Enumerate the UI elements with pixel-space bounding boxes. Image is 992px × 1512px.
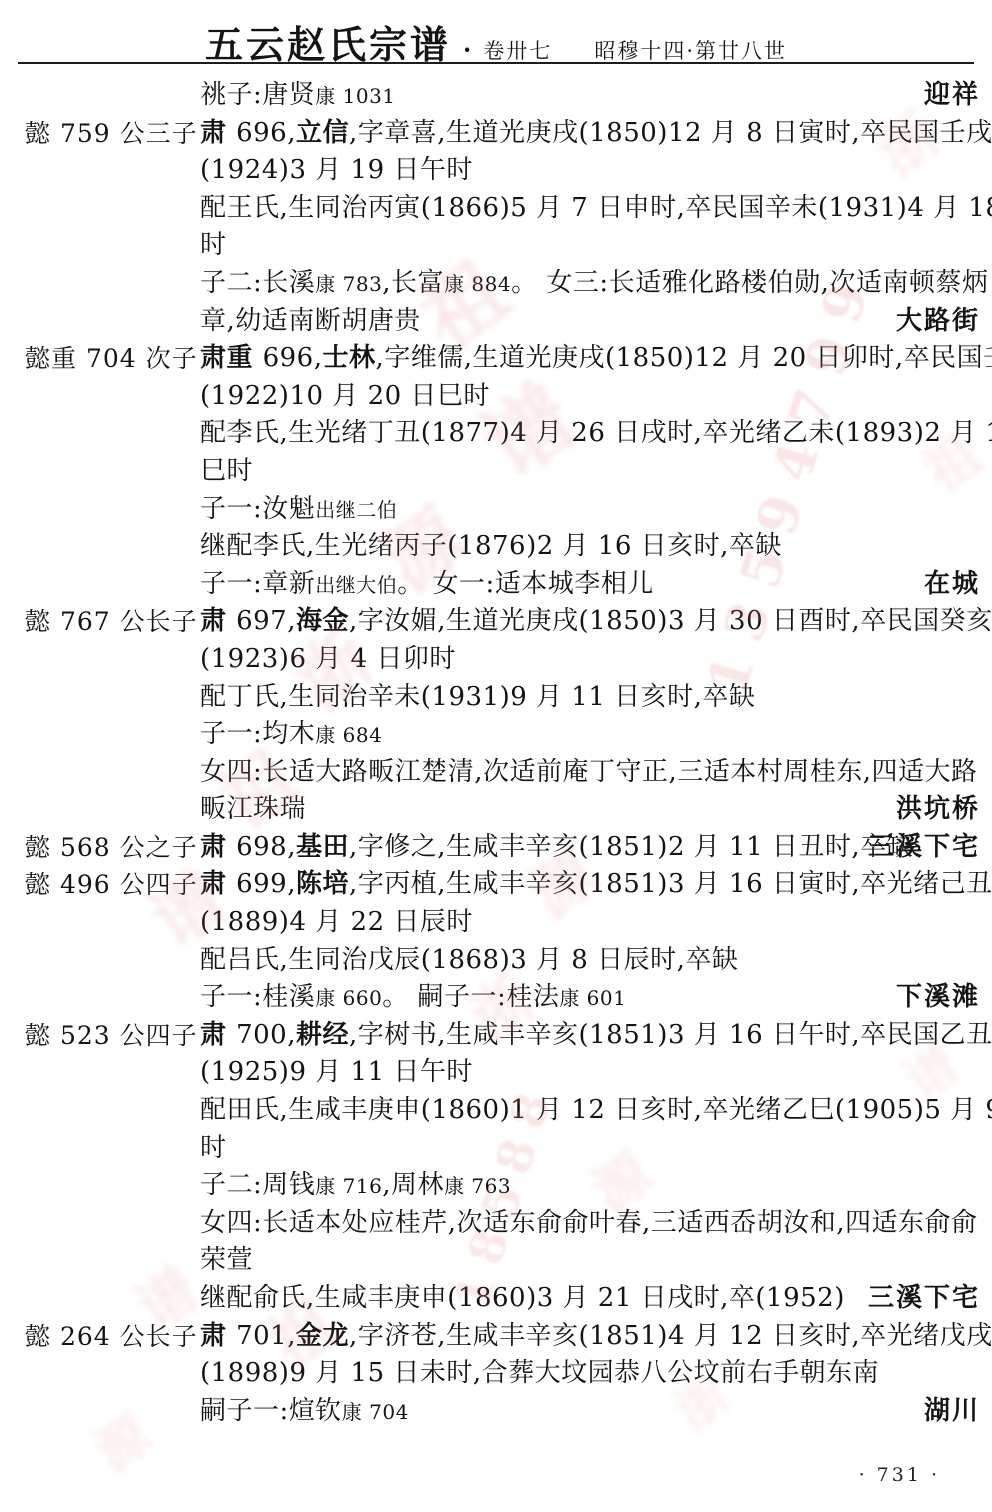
- entry-text: 肃 697,海金,字汝媚,生道光庚戌(1850)3 月 30 日酉时,卒民国癸亥: [200, 603, 992, 641]
- entry-text: 肃 701,金龙,字济苍,生咸丰辛亥(1851)4 月 12 日亥时,卒光绪戊戌: [200, 1318, 992, 1356]
- entry-text-segment: 时: [200, 230, 227, 260]
- entry-text-segment: 时: [200, 1133, 227, 1163]
- entry-text: 女四:长适大路畈江楚清,次适前庵丁守正,三适本村周桂东,四适大路: [200, 754, 978, 792]
- generation-label: 懿 264 公长子: [25, 1318, 198, 1356]
- entry-text: 配吕氏,生同治戊辰(1868)3 月 8 日辰时,卒缺: [200, 942, 738, 980]
- entry-text-segment: 696,: [263, 343, 323, 373]
- person-name: 陈培: [296, 869, 349, 899]
- entry-text-segment: 。 嗣子一:桂法: [382, 982, 559, 1012]
- genealogy-line: 懿 264 公长子肃 701,金龙,字济苍,生咸丰辛亥(1851)4 月 12 …: [0, 1318, 992, 1356]
- entry-text-segment: 配丁氏,生同治辛未(1931)9 月 11 日亥时,卒缺: [200, 682, 755, 712]
- entry-text-segment: ,字修之,生咸丰辛亥(1851)2 月 11 日丑时,卒缺: [349, 832, 913, 862]
- entry-text: 肃 699,陈培,字丙植,生咸丰辛亥(1851)3 月 16 日寅时,卒光绪己丑: [200, 866, 992, 904]
- entry-text-segment: 696,: [236, 118, 296, 148]
- entry-text-segment: 章,幼适南断胡唐贵: [200, 306, 421, 336]
- genealogy-line: 配丁氏,生同治辛未(1931)9 月 11 日亥时,卒缺: [0, 679, 992, 717]
- entry-text-segment: 。 女一:适本城李相儿: [397, 569, 654, 599]
- entry-text-segment: 子一:汝魁: [200, 494, 315, 524]
- entry-text: 肃 696,立信,字章喜,生道光庚戌(1850)12 月 8 日寅时,卒民国壬戌: [200, 115, 992, 153]
- entry-text: 子一:桂溪康 660。 嗣子一:桂法康 601: [200, 979, 626, 1018]
- genealogy-line: 时: [0, 227, 992, 265]
- entry-text: (1889)4 月 22 日辰时: [200, 904, 473, 942]
- entry-text: 祧子:唐贤康 1031: [200, 77, 396, 116]
- genealogy-line: 女四:长适本处应桂芹,次适东俞俞叶春,三适西岙胡汝和,四适东俞俞: [0, 1205, 992, 1243]
- entry-text-segment: 巳时: [200, 456, 253, 486]
- entry-text: (1922)10 月 20 日巳时: [200, 378, 490, 416]
- entry-text: 配王氏,生同治丙寅(1866)5 月 7 日申时,卒民国辛未(1931)4 月 …: [200, 190, 992, 228]
- generation-section-label: 昭穆十四·第廿八世: [594, 35, 787, 65]
- residence-label: 湖川: [924, 1393, 980, 1431]
- genealogy-line: 懿 767 公长子肃 697,海金,字汝媚,生道光庚戌(1850)3 月 30 …: [0, 603, 992, 641]
- entry-text-segment: 697,: [236, 606, 296, 636]
- entry-text: 继配俞氏,生咸丰庚申(1860)3 月 21 日戌时,卒(1952): [200, 1280, 845, 1318]
- genealogy-line: 继配李氏,生光绪丙子(1876)2 月 16 日亥时,卒缺: [0, 528, 992, 566]
- entry-text: 肃重 696,士林,字维儒,生道光庚戌(1850)12 月 20 日卯时,卒民国…: [200, 340, 992, 378]
- residence-label: 下溪滩: [896, 979, 980, 1017]
- entry-text-segment: ,字济苍,生咸丰辛亥(1851)4 月 12 日亥时,卒光绪戊戌: [349, 1321, 992, 1351]
- generation-label: 懿 767 公长子: [25, 603, 198, 641]
- entry-text-segment: (1925)9 月 11 日午时: [200, 1057, 473, 1087]
- genealogy-line: 祧子:唐贤康 1031迎祥: [0, 77, 992, 115]
- entry-text-segment: 配田氏,生咸丰庚申(1860)1 月 12 日亥时,卒光绪乙巳(1905)5 月…: [200, 1095, 992, 1125]
- genealogy-line: 懿 759 公三子肃 696,立信,字章喜,生道光庚戌(1850)12 月 8 …: [0, 115, 992, 153]
- entry-text-segment: 荣萱: [200, 1245, 253, 1275]
- entry-text-segment: 继配俞氏,生咸丰庚申(1860)3 月 21 日戌时,卒(1952): [200, 1283, 845, 1313]
- residence-label: 在城: [924, 566, 980, 604]
- genealogy-line: (1889)4 月 22 日辰时: [0, 904, 992, 942]
- entry-text: (1923)6 月 4 日卯时: [200, 641, 456, 679]
- genealogy-line: 子二:周钱康 716,周林康 763: [0, 1167, 992, 1205]
- genealogy-line: 子二:长溪康 783,长富康 884。 女三:长适雅化路楼伯勋,次适南顿蔡炳: [0, 265, 992, 303]
- entry-text: (1924)3 月 19 日午时: [200, 152, 473, 190]
- person-name: 肃: [200, 1321, 236, 1351]
- entry-text-segment: ,字丙植,生咸丰辛亥(1851)3 月 16 日寅时,卒光绪己丑: [349, 869, 992, 899]
- genealogy-line: 配田氏,生咸丰庚申(1860)1 月 12 日亥时,卒光绪乙巳(1905)5 月…: [0, 1092, 992, 1130]
- genealogy-line: 子一:桂溪康 660。 嗣子一:桂法康 601下溪滩: [0, 979, 992, 1017]
- genealogy-line: (1923)6 月 4 日卯时: [0, 641, 992, 679]
- genealogy-line: (1924)3 月 19 日午时: [0, 152, 992, 190]
- entry-text: 巳时: [200, 453, 253, 491]
- entry-text-segment: 698,: [236, 832, 296, 862]
- entry-text-segment: 701,: [236, 1321, 296, 1351]
- person-name: 海金: [296, 606, 349, 636]
- entry-text-segment: 699,: [236, 869, 296, 899]
- entry-rows: 祧子:唐贤康 1031迎祥懿 759 公三子肃 696,立信,字章喜,生道光庚戌…: [0, 77, 992, 1430]
- entry-text-segment: 康 1031: [315, 84, 395, 108]
- genealogy-line: 配吕氏,生同治戊辰(1868)3 月 8 日辰时,卒缺: [0, 942, 992, 980]
- entry-text: 子二:长溪康 783,长富康 884。 女三:长适雅化路楼伯勋,次适南顿蔡炳: [200, 265, 988, 304]
- genealogy-line: 畈江珠瑞洪坑桥: [0, 791, 992, 829]
- genealogy-line: 荣萱: [0, 1242, 992, 1280]
- entry-text-segment: ,字章喜,生道光庚戌(1850)12 月 8 日寅时,卒民国壬戌: [349, 118, 992, 148]
- entry-text-segment: 子二:周钱: [200, 1170, 315, 1200]
- genealogy-line: 配王氏,生同治丙寅(1866)5 月 7 日申时,卒民国辛未(1931)4 月 …: [0, 190, 992, 228]
- entry-text-segment: 出继二伯: [315, 498, 397, 522]
- entry-text-segment: 子一:章新: [200, 569, 315, 599]
- entry-text: 女四:长适本处应桂芹,次适东俞俞叶春,三适西岙胡汝和,四适东俞俞: [200, 1205, 978, 1243]
- book-title: 五云赵氏宗谱: [205, 14, 451, 69]
- volume-label: 卷卅七: [483, 35, 552, 65]
- genealogy-page: 五云赵氏宗谱 · 卷卅七 昭穆十四·第廿八世 祧子:唐贤康 1031迎祥懿 75…: [0, 0, 992, 1512]
- entry-text: 子一:章新出继大伯。 女一:适本城李相儿: [200, 566, 654, 605]
- entry-text-segment: 子一:均木: [200, 719, 315, 749]
- title-separator-dot: ·: [463, 35, 471, 64]
- person-name: 肃: [200, 869, 236, 899]
- person-name: 立信: [296, 118, 349, 148]
- genealogy-line: 章,幼适南断胡唐贵大路街: [0, 303, 992, 341]
- entry-text: 畈江珠瑞: [200, 791, 306, 829]
- entry-text-segment: 配李氏,生光绪丁丑(1877)4 月 26 日戌时,卒光绪乙未(1893)2 月…: [200, 418, 992, 448]
- genealogy-line: 懿 496 公四子肃 699,陈培,字丙植,生咸丰辛亥(1851)3 月 16 …: [0, 866, 992, 904]
- page-header: 五云赵氏宗谱 · 卷卅七 昭穆十四·第廿八世: [0, 14, 992, 69]
- person-name: 金龙: [296, 1321, 349, 1351]
- page-number: · 731 ·: [859, 1464, 940, 1486]
- entry-text: 子二:周钱康 716,周林康 763: [200, 1167, 511, 1206]
- residence-label: 洪坑桥: [896, 791, 980, 829]
- residence-label: 三溪下宅: [868, 1280, 980, 1318]
- entry-text: (1925)9 月 11 日午时: [200, 1054, 473, 1092]
- person-name: 基田: [296, 832, 349, 862]
- entry-text: 子一:汝魁出继二伯: [200, 491, 397, 530]
- generation-label: 懿 759 公三子: [25, 115, 198, 153]
- person-name: 肃: [200, 118, 236, 148]
- entry-text-segment: 嗣子一:煊钦: [200, 1396, 342, 1426]
- entry-text-segment: 康 684: [315, 723, 382, 747]
- entry-text: 嗣子一:煊钦康 704: [200, 1393, 409, 1432]
- genealogy-line: 时: [0, 1130, 992, 1168]
- entry-text-segment: 祧子:唐贤: [200, 80, 315, 110]
- entry-text-segment: 子二:长溪: [200, 268, 315, 298]
- genealogy-line: 嗣子一:煊钦康 704湖川: [0, 1393, 992, 1431]
- entry-text-segment: 配吕氏,生同治戊辰(1868)3 月 8 日辰时,卒缺: [200, 945, 738, 975]
- entry-text-segment: 女四:长适大路畈江楚清,次适前庵丁守正,三适本村周桂东,四适大路: [200, 757, 978, 787]
- entry-text: 时: [200, 227, 227, 265]
- person-name: 肃: [200, 832, 236, 862]
- person-name: 肃: [200, 1020, 236, 1050]
- genealogy-line: 子一:章新出继大伯。 女一:适本城李相儿在城: [0, 566, 992, 604]
- entry-text: 继配李氏,生光绪丙子(1876)2 月 16 日亥时,卒缺: [200, 528, 782, 566]
- entry-text-segment: ,字树书,生咸丰辛亥(1851)3 月 16 日午时,卒民国乙丑: [349, 1020, 992, 1050]
- entry-text-segment: 康 601: [559, 986, 626, 1010]
- entry-text-segment: 康 716: [315, 1174, 382, 1198]
- person-name: 耕经: [296, 1020, 349, 1050]
- entry-text: 配李氏,生光绪丁丑(1877)4 月 26 日戌时,卒光绪乙未(1893)2 月…: [200, 415, 992, 453]
- entry-text-segment: 康 660: [315, 986, 382, 1010]
- entry-text-segment: ,字汝媚,生道光庚戌(1850)3 月 30 日酉时,卒民国癸亥: [349, 606, 992, 636]
- entry-text: 配田氏,生咸丰庚申(1860)1 月 12 日亥时,卒光绪乙巳(1905)5 月…: [200, 1092, 992, 1130]
- entry-text-segment: 康 783: [315, 272, 382, 296]
- genealogy-line: 子一:汝魁出继二伯: [0, 491, 992, 529]
- genealogy-line: (1922)10 月 20 日巳时: [0, 378, 992, 416]
- genealogy-line: 巳时: [0, 453, 992, 491]
- generation-label: 懿重 704 次子: [25, 340, 198, 378]
- entry-text-segment: 康 704: [342, 1400, 409, 1424]
- person-name: 士林: [322, 343, 375, 373]
- person-name: 肃重: [200, 343, 263, 373]
- entry-text: 配丁氏,生同治辛未(1931)9 月 11 日亥时,卒缺: [200, 679, 755, 717]
- entry-text-segment: ,长富: [382, 268, 444, 298]
- entry-text-segment: 继配李氏,生光绪丙子(1876)2 月 16 日亥时,卒缺: [200, 531, 782, 561]
- entry-text-segment: ,字维儒,生道光庚戌(1850)12 月 20 日卯时,卒民国壬戌: [375, 343, 992, 373]
- entry-text: 子一:均木康 684: [200, 716, 382, 755]
- genealogy-line: 女四:长适大路畈江楚清,次适前庵丁守正,三适本村周桂东,四适大路: [0, 754, 992, 792]
- entry-text-segment: 子一:桂溪: [200, 982, 315, 1012]
- residence-label: 三溪下宅: [868, 829, 980, 867]
- entry-text-segment: 700,: [236, 1020, 296, 1050]
- genealogy-line: 懿 523 公四子肃 700,耕经,字树书,生咸丰辛亥(1851)3 月 16 …: [0, 1017, 992, 1055]
- generation-label: 懿 523 公四子: [25, 1017, 198, 1055]
- generation-label: 懿 496 公四子: [25, 866, 198, 904]
- generation-label: 懿 568 公之子: [25, 829, 198, 867]
- genealogy-line: 懿重 704 次子肃重 696,士林,字维儒,生道光庚戌(1850)12 月 2…: [0, 340, 992, 378]
- entry-text-segment: 畈江珠瑞: [200, 794, 306, 824]
- entry-text: 荣萱: [200, 1242, 253, 1280]
- person-name: 肃: [200, 606, 236, 636]
- entry-text-segment: (1923)6 月 4 日卯时: [200, 644, 456, 674]
- entry-text-segment: 康 884: [444, 272, 511, 296]
- genealogy-line: (1925)9 月 11 日午时: [0, 1054, 992, 1092]
- entry-text-segment: 配王氏,生同治丙寅(1866)5 月 7 日申时,卒民国辛未(1931)4 月 …: [200, 193, 992, 223]
- entry-text-segment: (1898)9 月 15 日未时,合葬大坟园恭八公坟前右手朝东南: [200, 1358, 879, 1388]
- entry-text: 章,幼适南断胡唐贵: [200, 303, 421, 341]
- entry-text-segment: (1922)10 月 20 日巳时: [200, 381, 490, 411]
- residence-label: 迎祥: [924, 77, 980, 115]
- entry-text-segment: 康 763: [444, 1174, 511, 1198]
- entry-text-segment: (1889)4 月 22 日辰时: [200, 907, 473, 937]
- entry-text-segment: 女四:长适本处应桂芹,次适东俞俞叶春,三适西岙胡汝和,四适东俞俞: [200, 1208, 978, 1238]
- entry-text-segment: 出继大伯: [315, 573, 397, 597]
- genealogy-line: 子一:均木康 684: [0, 716, 992, 754]
- genealogy-line: (1898)9 月 15 日未时,合葬大坟园恭八公坟前右手朝东南: [0, 1355, 992, 1393]
- entry-text: 肃 698,基田,字修之,生咸丰辛亥(1851)2 月 11 日丑时,卒缺: [200, 829, 913, 867]
- genealogy-line: 懿 568 公之子肃 698,基田,字修之,生咸丰辛亥(1851)2 月 11 …: [0, 829, 992, 867]
- entry-text: 时: [200, 1130, 227, 1168]
- header-divider: [18, 62, 974, 64]
- entry-text-segment: (1924)3 月 19 日午时: [200, 155, 473, 185]
- entry-text-segment: ,周林: [382, 1170, 444, 1200]
- genealogy-line: 配李氏,生光绪丁丑(1877)4 月 26 日戌时,卒光绪乙未(1893)2 月…: [0, 415, 992, 453]
- entry-text-segment: 。 女三:长适雅化路楼伯勋,次适南顿蔡炳: [511, 268, 988, 298]
- genealogy-line: 继配俞氏,生咸丰庚申(1860)3 月 21 日戌时,卒(1952)三溪下宅: [0, 1280, 992, 1318]
- entry-text: 肃 700,耕经,字树书,生咸丰辛亥(1851)3 月 16 日午时,卒民国乙丑: [200, 1017, 992, 1055]
- entry-text: (1898)9 月 15 日未时,合葬大坟园恭八公坟前右手朝东南: [200, 1355, 879, 1393]
- residence-label: 大路街: [896, 303, 980, 341]
